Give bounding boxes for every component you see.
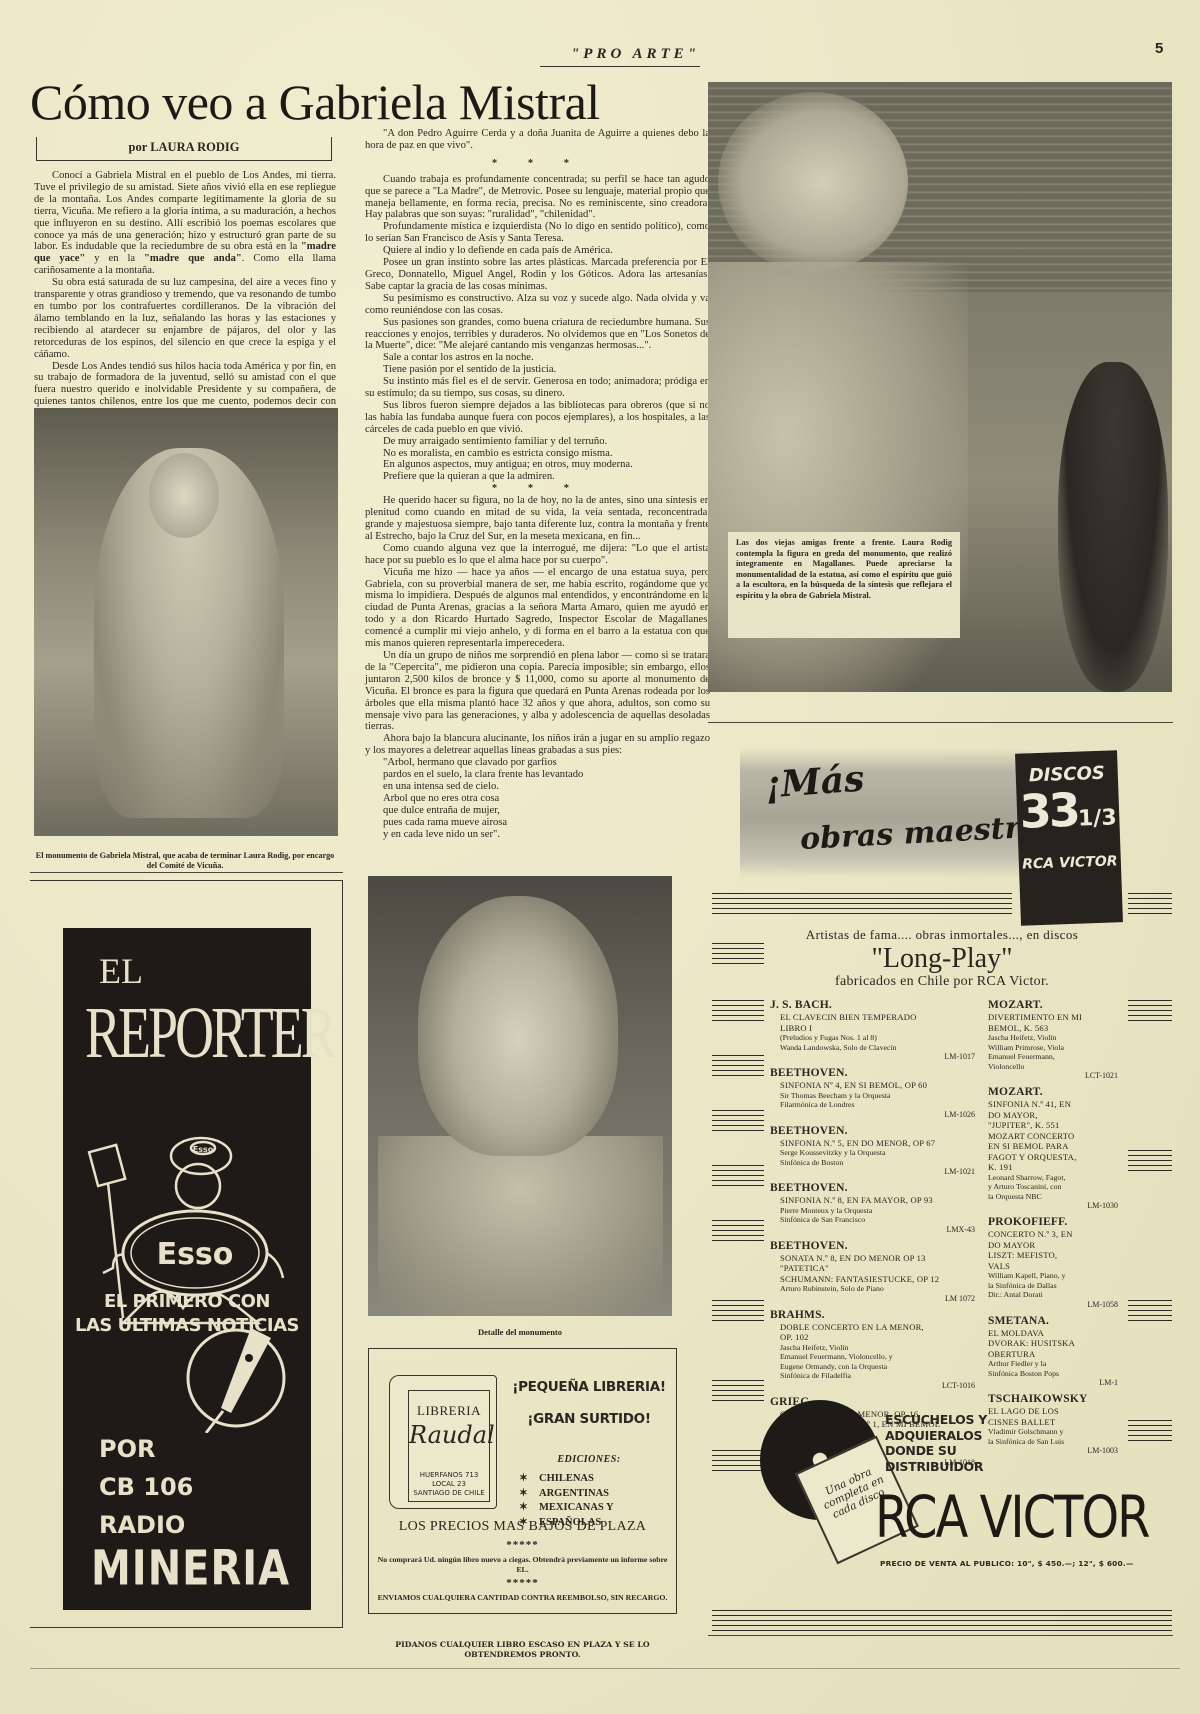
performers: Filarmónica de Londres: [770, 1100, 975, 1110]
statue-head: [149, 453, 219, 538]
music-staff-decoration: [712, 1055, 764, 1077]
work-title: VALS: [988, 1261, 1118, 1272]
music-staff-decoration: [1128, 1000, 1172, 1022]
work-title: CISNES BALLET: [988, 1417, 1118, 1428]
catalog-number: LCT-1016: [770, 1381, 975, 1391]
page-number: 5: [1155, 40, 1163, 57]
composer: PROKOFIEFF.: [988, 1215, 1118, 1229]
music-staff-decoration: [712, 893, 1012, 915]
music-staff-decoration: [1128, 1420, 1172, 1442]
music-staff-decoration: [712, 1165, 764, 1187]
edicion-item: ✶ARGENTINAS: [519, 1487, 614, 1502]
bottom-rule: [30, 1668, 1180, 1669]
paragraph: Tiene pasión por el sentido de la justic…: [365, 364, 710, 376]
performers: Arturo Rubinstein, Solo de Piano: [770, 1284, 975, 1294]
statue-photo: [34, 408, 338, 836]
work-title: DO MAYOR,: [988, 1110, 1118, 1121]
music-staff-decoration: [1128, 1300, 1172, 1322]
svg-text:Esso: Esso: [157, 1237, 234, 1272]
catalog-entry: BEETHOVEN.SINFONIA N.º 5, EN DO MENOR, O…: [770, 1124, 975, 1178]
poem-line: en una intensa sed de cielo.: [365, 781, 710, 793]
work-title: BEMOL, K. 563: [988, 1023, 1118, 1034]
section-separator: * * *: [365, 483, 710, 495]
prices-headline: LOS PRECIOS MAS BAJOS DE PLAZA: [369, 1519, 676, 1535]
work-title: SINFONIA N.º 41, EN: [988, 1099, 1118, 1110]
edicion-label: CHILENAS: [539, 1473, 594, 1484]
microphone-icon: [181, 1323, 291, 1433]
paragraph: Vicuña me hizo — hace ya años — el encar…: [365, 567, 710, 650]
byline: por LAURA RODIG: [36, 137, 332, 161]
ad-note: ENVIAMOS CUALQUIERA CANTIDAD CONTRA REEM…: [377, 1593, 668, 1603]
performers: Wanda Landowska, Solo de Clavecín: [770, 1043, 975, 1053]
libreria-ad[interactable]: LIBRERIA Raudal HUERFANOS 713 LOCAL 23 S…: [368, 1348, 677, 1614]
article-column-1: Conocí a Gabriela Mistral en el pueblo d…: [34, 170, 336, 420]
catalog-entry: BEETHOVEN.SINFONIA N.º 8, EN FA MAYOR, O…: [770, 1181, 975, 1235]
poem: "Arbol, hermano que clavado por garfiosp…: [365, 757, 710, 840]
ad-note: PIDANOS CUALQUIER LIBRO ESCASO EN PLAZA …: [376, 1640, 669, 1659]
performers: Sinfónica de San Francisco: [770, 1215, 975, 1225]
poem-line: "Arbol, hermano que clavado por garfios: [365, 757, 710, 769]
work-title: OBERTURA: [988, 1349, 1118, 1360]
performers: Pierre Monteux y la Orquesta: [770, 1206, 975, 1216]
catalog-entry: TSCHAIKOWSKYEL LAGO DE LOSCISNES BALLETV…: [988, 1392, 1118, 1456]
divider: [708, 722, 1173, 723]
rca-intro: Artistas de fama.... obras inmortales...…: [772, 927, 1112, 943]
performers: (Preludios y Fugas Nos. 1 al 8): [770, 1033, 975, 1043]
catalog-number: LM-1058: [988, 1300, 1118, 1310]
paragraph-group-a: Cuando trabaja es profundamente concentr…: [365, 174, 710, 484]
cta-line: ADQUIERALOS: [885, 1428, 995, 1444]
paragraph: Su obra está saturada de su luz campesin…: [34, 277, 336, 360]
divider: [708, 1635, 1173, 1636]
paragraph: En algunos aspectos, muy antigua; en otr…: [365, 459, 710, 471]
paragraph: He querido hacer su figura, no la de hoy…: [365, 495, 710, 543]
dedication: "A don Pedro Aguirre Cerda y a doña Juan…: [365, 128, 710, 152]
divider: [30, 872, 343, 873]
performers: y Arturo Toscanini, con: [988, 1182, 1118, 1192]
catalog-number: LM-1003: [988, 1446, 1118, 1456]
cta-line: DISTRIBUIDOR: [885, 1459, 995, 1475]
paragraph: Un día un grupo de niños me sorprendió e…: [365, 650, 710, 733]
work-title: EN SI BEMOL PARA: [988, 1141, 1118, 1152]
bust-shoulders: [378, 1136, 663, 1316]
work-title: DOBLE CONCERTO EN LA MENOR,: [770, 1322, 975, 1333]
work-title: LIBRO I: [770, 1023, 975, 1034]
performers: la Sinfónica de Dallas: [988, 1281, 1118, 1291]
performers: Sinfónica de Filadelfia: [770, 1371, 975, 1381]
work-title: CONCERTO N.º 3, EN: [988, 1229, 1118, 1240]
paragraph: Ahora bajo la blancura alucinante, los n…: [365, 733, 710, 757]
catalog-entry: MOZART.SINFONIA N.º 41, ENDO MAYOR,"JUPI…: [988, 1085, 1118, 1211]
work-title: OP. 102: [770, 1332, 975, 1343]
composer: BEETHOVEN.: [770, 1066, 975, 1080]
composer: SMETANA.: [988, 1314, 1118, 1328]
paragraph: No es moralista, en cambio es estricta c…: [365, 448, 710, 460]
ad-note: No comprará Ud. ningún libro nuevo a cie…: [377, 1555, 668, 1574]
rca-catalog-right: MOZART.DIVERTIMENTO EN MIBEMOL, K. 563Ja…: [988, 998, 1118, 1460]
section-separator: * * *: [365, 158, 710, 170]
catalog-entry: BEETHOVEN.SONATA N.º 8, EN DO MENOR OP 1…: [770, 1239, 975, 1304]
music-staff-decoration: [712, 1220, 764, 1242]
composer: BRAHMS.: [770, 1308, 975, 1322]
performers: Emanuel Feuermann, Violoncello, y: [770, 1352, 975, 1362]
rca-call-to-action: ESCUCHELOS YADQUIERALOSDONDE SUDISTRIBUI…: [885, 1412, 995, 1474]
bust-head: [418, 896, 618, 1156]
music-staff-decoration: [712, 1000, 764, 1022]
catalog-entry: BRAHMS.DOBLE CONCERTO EN LA MENOR,OP. 10…: [770, 1308, 975, 1391]
catalog-number: LM-1030: [988, 1201, 1118, 1211]
performers: Vladimir Golschmann y: [988, 1427, 1118, 1437]
statue-head: [718, 92, 908, 272]
work-title: SINFONIA N.º 8, EN FA MAYOR, OP 93: [770, 1195, 975, 1206]
paragraph: De muy arraigado sentimiento familiar y …: [365, 436, 710, 448]
star-divider: *****: [369, 1539, 676, 1551]
paragraph: Conocí a Gabriela Mistral en el pueblo d…: [34, 170, 336, 277]
poem-line: pardos en el suelo, la clara frente has …: [365, 769, 710, 781]
ad-headline: ¡GRAN SURTIDO!: [509, 1411, 669, 1427]
work-title: "PATETICA": [770, 1263, 975, 1274]
music-staff-decoration: [712, 943, 764, 965]
performers: la Sinfónica de San Luis: [988, 1437, 1118, 1447]
bust-photo: [368, 876, 672, 1316]
catalog-entry: MOZART.DIVERTIMENTO EN MIBEMOL, K. 563Ja…: [988, 998, 1118, 1081]
rca-headline: ¡Más: [764, 759, 866, 806]
poem-line: pues cada rama mueve airosa: [365, 817, 710, 829]
catalog-number: LM-1017: [770, 1052, 975, 1062]
ad-title-reporter: REPORTER: [85, 991, 334, 1075]
ad-station: POR CB 106 RADIO: [99, 1430, 193, 1544]
rca-catalog-left: J. S. BACH.EL CLAVECIN BIEN TEMPERADOLIB…: [770, 998, 975, 1472]
work-title: SINFONIA N.º 5, EN DO MENOR, OP 67: [770, 1138, 975, 1149]
cta-line: ESCUCHELOS Y: [885, 1412, 995, 1428]
rca-price: PRECIO DE VENTA AL PUBLICO: 10", $ 450.—…: [880, 1559, 1133, 1568]
paragraph: Su pesimismo es constructivo. Alza su vo…: [365, 293, 710, 317]
ediciones-label: EDICIONES:: [509, 1454, 669, 1465]
composer: BEETHOVEN.: [770, 1124, 975, 1138]
work-title: EL LAGO DE LOS: [988, 1406, 1118, 1417]
libreria-name: Raudal: [409, 1421, 489, 1449]
rca-format: "Long-Play": [772, 943, 1112, 975]
work-title: K. 191: [988, 1162, 1118, 1173]
catalog-number: LCT-1021: [988, 1071, 1118, 1081]
performers: Jascha Heifetz, Violín: [770, 1343, 975, 1353]
ad-headline: ¡PEQUEÑA LIBRERIA!: [509, 1379, 669, 1395]
work-title: DIVERTIMENTO EN MI: [988, 1012, 1118, 1023]
star-bullet-icon: ✶: [519, 1472, 539, 1487]
poem-line: y en cada leve nido un ser".: [365, 829, 710, 841]
music-staff-decoration: [712, 1610, 1172, 1632]
esso-ad[interactable]: EL REPORTER Esso Esso EL PRIMERO CON LAS…: [63, 928, 311, 1610]
performers: William Primrose, Viola: [988, 1043, 1118, 1053]
performers: Emanuel Feuermann,: [988, 1052, 1118, 1062]
edicion-item: ✶CHILENAS: [519, 1472, 614, 1487]
work-title: EL CLAVECIN BIEN TEMPERADO: [770, 1012, 975, 1023]
catalog-number: LM 1072: [770, 1294, 975, 1304]
libreria-label: LIBRERIA: [409, 1403, 489, 1419]
music-staff-decoration: [712, 1110, 764, 1132]
rca-discos-badge[interactable]: DISCOS 331/3 RCA VICTOR: [1015, 750, 1123, 925]
rca-made-in: fabricados en Chile por RCA Victor.: [772, 974, 1112, 990]
work-title: SONATA N.º 8, EN DO MENOR OP 13: [770, 1253, 975, 1264]
performers: William Kapell, Piano, y: [988, 1271, 1118, 1281]
catalog-number: LMX-43: [770, 1225, 975, 1235]
music-staff-decoration: [1128, 893, 1172, 915]
performers: la Orquesta NBC: [988, 1192, 1118, 1202]
sculptor-figure: [1058, 362, 1168, 692]
paragraph: Quiere al indio y lo defiende en cada pa…: [365, 245, 710, 257]
article-column-2: "A don Pedro Aguirre Cerda y a doña Juan…: [365, 128, 710, 840]
work-title: FAGOT Y ORQUESTA,: [988, 1152, 1118, 1163]
paragraph: Su instinto más fiel es el de servir. Ge…: [365, 376, 710, 400]
paragraph: Cuando trabaja es profundamente concentr…: [365, 174, 710, 222]
statue-photo-caption: El monumento de Gabriela Mistral, que ac…: [30, 851, 340, 871]
bust-photo-caption: Detalle del monumento: [368, 1327, 672, 1337]
performers: Sinfónica Boston Pops: [988, 1369, 1118, 1379]
catalog-number: LM-1: [988, 1378, 1118, 1388]
work-title: "JUPITER", K. 551: [988, 1120, 1118, 1131]
catalog-entry: PROKOFIEFF.CONCERTO N.º 3, ENDO MAYORLIS…: [988, 1215, 1118, 1310]
work-title: SINFONIA Nº 4, EN SI BEMOL, OP 60: [770, 1080, 975, 1091]
paragraph: Posee un gran instinto sobre las artes p…: [365, 257, 710, 293]
paragraph: Sale a contar los astros en la noche.: [365, 352, 710, 364]
composer: MOZART.: [988, 998, 1118, 1012]
music-staff-decoration: [712, 1300, 764, 1322]
section-header: "PRO ARTE": [540, 46, 700, 67]
libreria-address: HUERFANOS 713 LOCAL 23 SANTIAGO DE CHILE: [409, 1471, 489, 1498]
cta-line: DONDE SU: [885, 1443, 995, 1459]
star-divider: *****: [369, 1577, 676, 1589]
catalog-entry: J. S. BACH.EL CLAVECIN BIEN TEMPERADOLIB…: [770, 998, 975, 1062]
performers: Violoncello: [988, 1062, 1118, 1072]
paragraph: Prefiere que la quieran a que la admiren…: [365, 471, 710, 483]
edicion-item: ✶MEXICANAS Y: [519, 1501, 614, 1516]
composer: BEETHOVEN.: [770, 1181, 975, 1195]
ad-title-el: EL: [99, 950, 143, 992]
work-title: DO MAYOR: [988, 1240, 1118, 1251]
paragraph: Sus libros fueron siempre dejados a las …: [365, 400, 710, 436]
performers: Jascha Heifetz, Violín: [988, 1033, 1118, 1043]
music-staff-decoration: [712, 1380, 764, 1402]
composer: BEETHOVEN.: [770, 1239, 975, 1253]
performers: Arthur Fiedler y la: [988, 1359, 1118, 1369]
catalog-number: LM-1021: [770, 1167, 975, 1177]
main-photo: Las dos viejas amigas frente a frente. L…: [708, 82, 1172, 692]
paragraph: Sus pasiones son grandes, como buena cri…: [365, 317, 710, 353]
catalog-number: LM-1026: [770, 1110, 975, 1120]
work-title: LISZT: MEFISTO,: [988, 1250, 1118, 1261]
performers: Eugene Ormandy, con la Orquesta: [770, 1362, 975, 1372]
performers: Dir.: Antal Dorati: [988, 1290, 1118, 1300]
rca-victor-logo[interactable]: RCA VICTOR: [875, 1484, 1149, 1551]
star-bullet-icon: ✶: [519, 1487, 539, 1502]
performers: Leonard Sharrow, Fagot,: [988, 1173, 1118, 1183]
main-photo-caption: Las dos viejas amigas frente a frente. L…: [728, 532, 960, 638]
paragraph: Como cuando alguna vez que la interrogué…: [365, 543, 710, 567]
catalog-entry: SMETANA.EL MOLDAVADVORAK: HUSITSKAOBERTU…: [988, 1314, 1118, 1389]
performers: Sinfónica de Boston: [770, 1158, 975, 1168]
catalog-entry: BEETHOVEN.SINFONIA Nº 4, EN SI BEMOL, OP…: [770, 1066, 975, 1120]
paragraph: Profundamente mística e izquierdista (No…: [365, 221, 710, 245]
work-title: SCHUMANN: FANTASIESTUCKE, OP 12: [770, 1274, 975, 1285]
svg-text:Esso: Esso: [193, 1145, 214, 1154]
edicion-label: ARGENTINAS: [539, 1488, 609, 1499]
work-title: DVORAK: HUSITSKA: [988, 1338, 1118, 1349]
composer: MOZART.: [988, 1085, 1118, 1099]
poem-line: Arbol que no eres otra cosa: [365, 793, 710, 805]
edicion-label: MEXICANAS Y: [539, 1502, 614, 1513]
performers: Serge Koussevitzky y la Orquesta: [770, 1148, 975, 1158]
star-bullet-icon: ✶: [519, 1501, 539, 1516]
work-title: MOZART CONCERTO: [988, 1131, 1118, 1142]
book-logo-icon: LIBRERIA Raudal HUERFANOS 713 LOCAL 23 S…: [389, 1375, 497, 1509]
composer: TSCHAIKOWSKY: [988, 1392, 1118, 1406]
paragraph-group-b: He querido hacer su figura, no la de hoy…: [365, 495, 710, 757]
composer: J. S. BACH.: [770, 998, 975, 1012]
performers: Sir Thomas Beecham y la Orquesta: [770, 1091, 975, 1101]
work-title: EL MOLDAVA: [988, 1328, 1118, 1339]
music-staff-decoration: [1128, 1150, 1172, 1172]
article-title: Cómo veo a Gabriela Mistral: [30, 74, 700, 130]
ad-station-name: MINERIA: [91, 1541, 290, 1596]
poem-line: que dulce entraña de mujer,: [365, 805, 710, 817]
music-staff-decoration: [712, 1450, 764, 1472]
